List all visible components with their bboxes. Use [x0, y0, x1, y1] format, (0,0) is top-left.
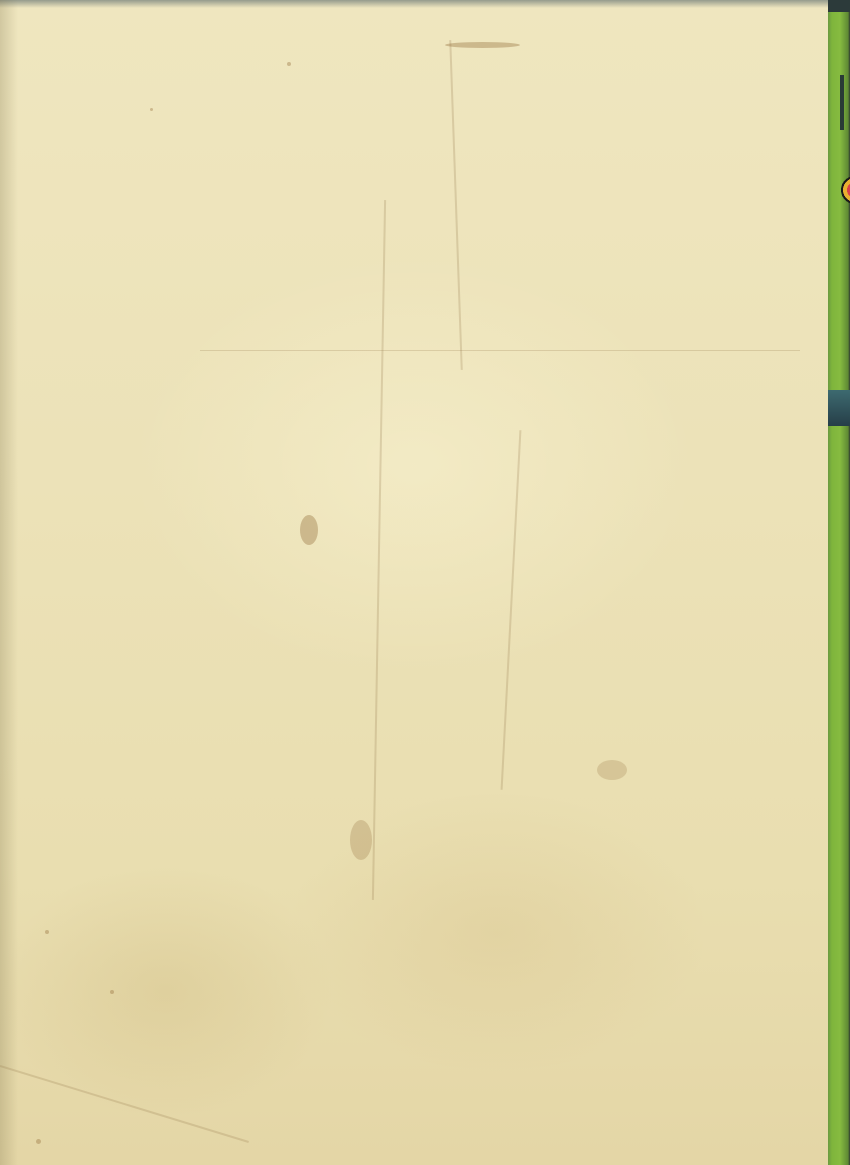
ink-dot	[45, 930, 49, 934]
paper-crease	[372, 200, 386, 900]
spine-lettering-fragment	[840, 75, 844, 130]
paper-crease	[0, 1065, 249, 1143]
ink-dot	[287, 62, 291, 66]
paper-crease	[449, 40, 463, 370]
ink-stain	[350, 820, 372, 860]
ink-stain	[597, 760, 627, 780]
paper-crease	[200, 350, 800, 351]
ink-stain	[300, 515, 318, 545]
ink-dot	[36, 1139, 41, 1144]
paper-crease	[501, 430, 522, 790]
spine-top-shadow	[828, 0, 850, 12]
ink-stain	[445, 42, 520, 48]
spine-illustration-fragment	[828, 390, 850, 426]
publisher-emblem-icon	[833, 173, 850, 207]
ink-dot	[150, 108, 153, 111]
ink-dot	[110, 990, 114, 994]
blank-back-cover-page	[0, 0, 828, 1165]
